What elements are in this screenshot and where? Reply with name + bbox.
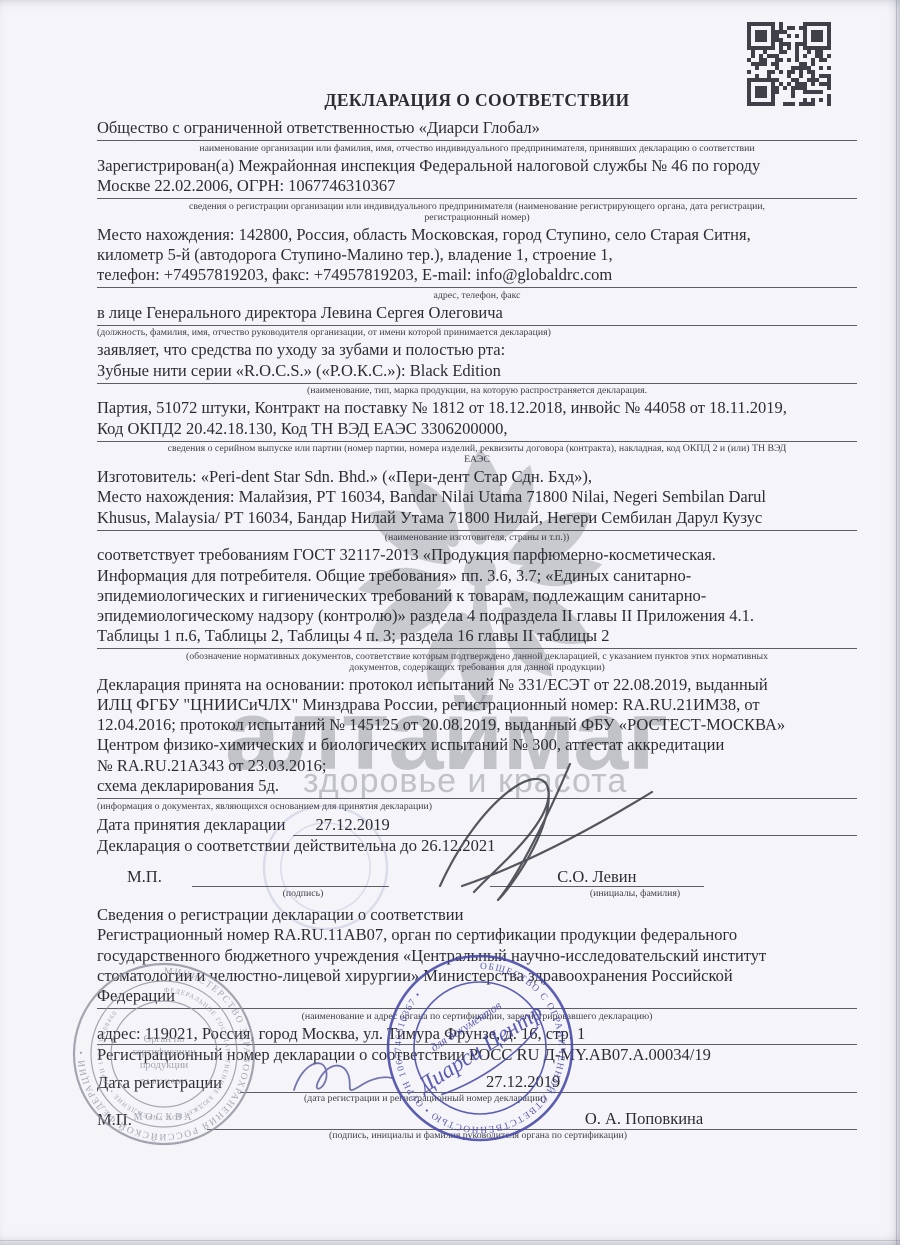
conformity-caption-line: (обозначение нормативных документов, соо… bbox=[97, 651, 857, 662]
basis-line: Центром физико-химических и биологически… bbox=[97, 735, 857, 755]
name-caption: (инициалы, фамилия) bbox=[535, 888, 735, 900]
conformity-line: Информация для потребителя. Общие требов… bbox=[97, 566, 857, 586]
registration-date-caption: (дата регистрации и регистрационный номе… bbox=[280, 1093, 570, 1104]
signature-blank-line bbox=[192, 867, 389, 887]
batch-line: Код ОКПД2 20.42.18.130, Код ТН ВЭД ЕАЭС … bbox=[97, 419, 857, 439]
product-caption: (наименование, тип, марка продукции, на … bbox=[97, 383, 857, 397]
first-signature-captions: (подпись) (инициалы, фамилия) bbox=[97, 888, 857, 900]
head-signature-row: М.П. О. А. Поповкина bbox=[97, 1108, 857, 1130]
basis-line: Декларация принята на основании: протоко… bbox=[97, 675, 857, 695]
manufacturer-line: Изготовитель: «Peri-dent Star Sdn. Bhd.»… bbox=[97, 467, 857, 487]
basis-line: № RA.RU.21А343 от 23.03.2016; bbox=[97, 756, 857, 776]
registration-body-line: Федерации bbox=[97, 986, 857, 1006]
basis-line: схема декларирования 5д. bbox=[97, 776, 857, 796]
registration-body-line: Регистрационный номер RA.RU.11АВ07, орга… bbox=[97, 925, 857, 945]
declarant-address-line: телефон: +74957819203, факс: +7495781920… bbox=[97, 265, 857, 285]
batch-caption: сведения о серийном выпуске или партии (… bbox=[97, 441, 857, 466]
address-caption: адрес, телефон, факс bbox=[97, 287, 857, 301]
registration-number-line: Регистрационный номер декларации о соотв… bbox=[97, 1045, 857, 1065]
batch-line: Партия, 51072 штуки, Контракт на поставк… bbox=[97, 398, 857, 418]
first-signature-row: М.П. С.О. Левин bbox=[97, 865, 857, 887]
registration-date-row: Дата регистрации 27.12.2019 bbox=[97, 1071, 857, 1093]
conformity-line: эпидемиологических и гигиенических требо… bbox=[97, 586, 857, 606]
adoption-date-label: Дата принятия декларации bbox=[97, 815, 285, 835]
sign-caption: (подпись) bbox=[203, 888, 403, 900]
declares-line: заявляет, что средства по уходу за зубам… bbox=[97, 340, 857, 360]
declarant-address-line: километр 5-й (автодорога Ступино-Малино … bbox=[97, 245, 857, 265]
basis-line: 12.04.2016; протокол испытаний № 145125 … bbox=[97, 715, 857, 735]
signatory-name: С.О. Левин bbox=[557, 867, 636, 886]
registration-date-value: 27.12.2019 bbox=[486, 1072, 560, 1092]
manufacturer-caption: (наименование изготовителя, страны и т.п… bbox=[97, 530, 857, 544]
declaration-document-page: алтаймаг здоровье и красота ДЕКЛАРАЦИЯ О… bbox=[0, 0, 900, 1245]
manufacturer-line: Khusus, Malaysia/ РТ 16034, Бандар Нилай… bbox=[97, 508, 857, 528]
mp-seal-mark: М.П. bbox=[127, 867, 162, 887]
head-signature-caption: (подпись, инициалы и фамилия руководител… bbox=[328, 1130, 628, 1141]
registration-caption-line: сведения о регистрации организации или и… bbox=[97, 201, 857, 212]
conformity-line: Таблицы 1 п.6, Таблицы 2, Таблицы 4 п. 3… bbox=[97, 626, 857, 646]
basis-line: ИЛЦ ФГБУ "ЦНИИСиЧЛХ" Минздрава России, р… bbox=[97, 695, 857, 715]
registration-date-label: Дата регистрации bbox=[97, 1073, 222, 1093]
conformity-line: эпидемиологическому надзору (контролю)» … bbox=[97, 606, 857, 626]
declarant-registration-line: Зарегистрирован(а) Межрайонная инспекция… bbox=[97, 156, 857, 176]
registration-caption: сведения о регистрации организации или и… bbox=[97, 198, 857, 223]
validity-line: Декларация о соответствии действительна … bbox=[97, 836, 857, 856]
product-name-line: Зубные нити серии «R.O.C.S.» («Р.О.К.С.»… bbox=[97, 361, 857, 381]
conformity-caption: (обозначение нормативных документов, соо… bbox=[97, 648, 857, 673]
adoption-date-line: 27.12.2019 bbox=[293, 815, 857, 836]
declarant-caption: наименование организации или фамилия, им… bbox=[97, 140, 857, 154]
mp-seal-mark: М.П. bbox=[97, 1110, 132, 1130]
signatory-name-line: С.О. Левин bbox=[490, 867, 704, 887]
batch-caption-line: сведения о серийном выпуске или партии (… bbox=[97, 443, 857, 454]
cert-body-caption: (наименование и адрес органа по сертифик… bbox=[97, 1008, 857, 1022]
registration-section-title: Сведения о регистрации декларации о соот… bbox=[97, 905, 857, 925]
batch-caption-line: ЕАЭС bbox=[97, 454, 857, 465]
basis-caption: (информация о документах, являющихся осн… bbox=[97, 798, 857, 812]
declarant-address-line: Место нахождения: 142800, Россия, област… bbox=[97, 225, 857, 245]
registration-date-line: 27.12.2019 bbox=[240, 1072, 857, 1093]
cert-address-line: адрес: 119021, Россия, город Москва, ул.… bbox=[97, 1024, 857, 1045]
representative-caption: (должность, фамилия, имя, отчество руков… bbox=[97, 325, 857, 339]
adoption-date-row: Дата принятия декларации 27.12.2019 bbox=[97, 815, 857, 836]
conformity-line: соответствует требованиям ГОСТ 32117-201… bbox=[97, 545, 857, 565]
conformity-caption-line: документов, содержащих требования для да… bbox=[97, 662, 857, 673]
declarant-name: Общество с ограниченной ответственностью… bbox=[97, 118, 857, 138]
adoption-date-value: 27.12.2019 bbox=[315, 815, 389, 835]
registration-body-line: государственного бюджетного учреждения «… bbox=[97, 946, 857, 966]
manufacturer-line: Место нахождения: Малайзия, РТ 16034, Ba… bbox=[97, 487, 857, 507]
registration-caption-line: регистрационный номер) bbox=[97, 212, 857, 223]
registration-body-line: стоматологии и челюстно-лицевой хирургии… bbox=[97, 966, 857, 986]
head-signature-line: О. А. Поповкина bbox=[207, 1109, 857, 1130]
head-name: О. А. Поповкина bbox=[585, 1109, 703, 1129]
document-title: ДЕКЛАРАЦИЯ О СООТВЕТСТВИИ bbox=[97, 90, 857, 111]
representative-line: в лице Генерального директора Левина Сер… bbox=[97, 303, 857, 323]
declarant-registration-line: Москве 22.02.2006, ОГРН: 1067746310367 bbox=[97, 176, 857, 196]
